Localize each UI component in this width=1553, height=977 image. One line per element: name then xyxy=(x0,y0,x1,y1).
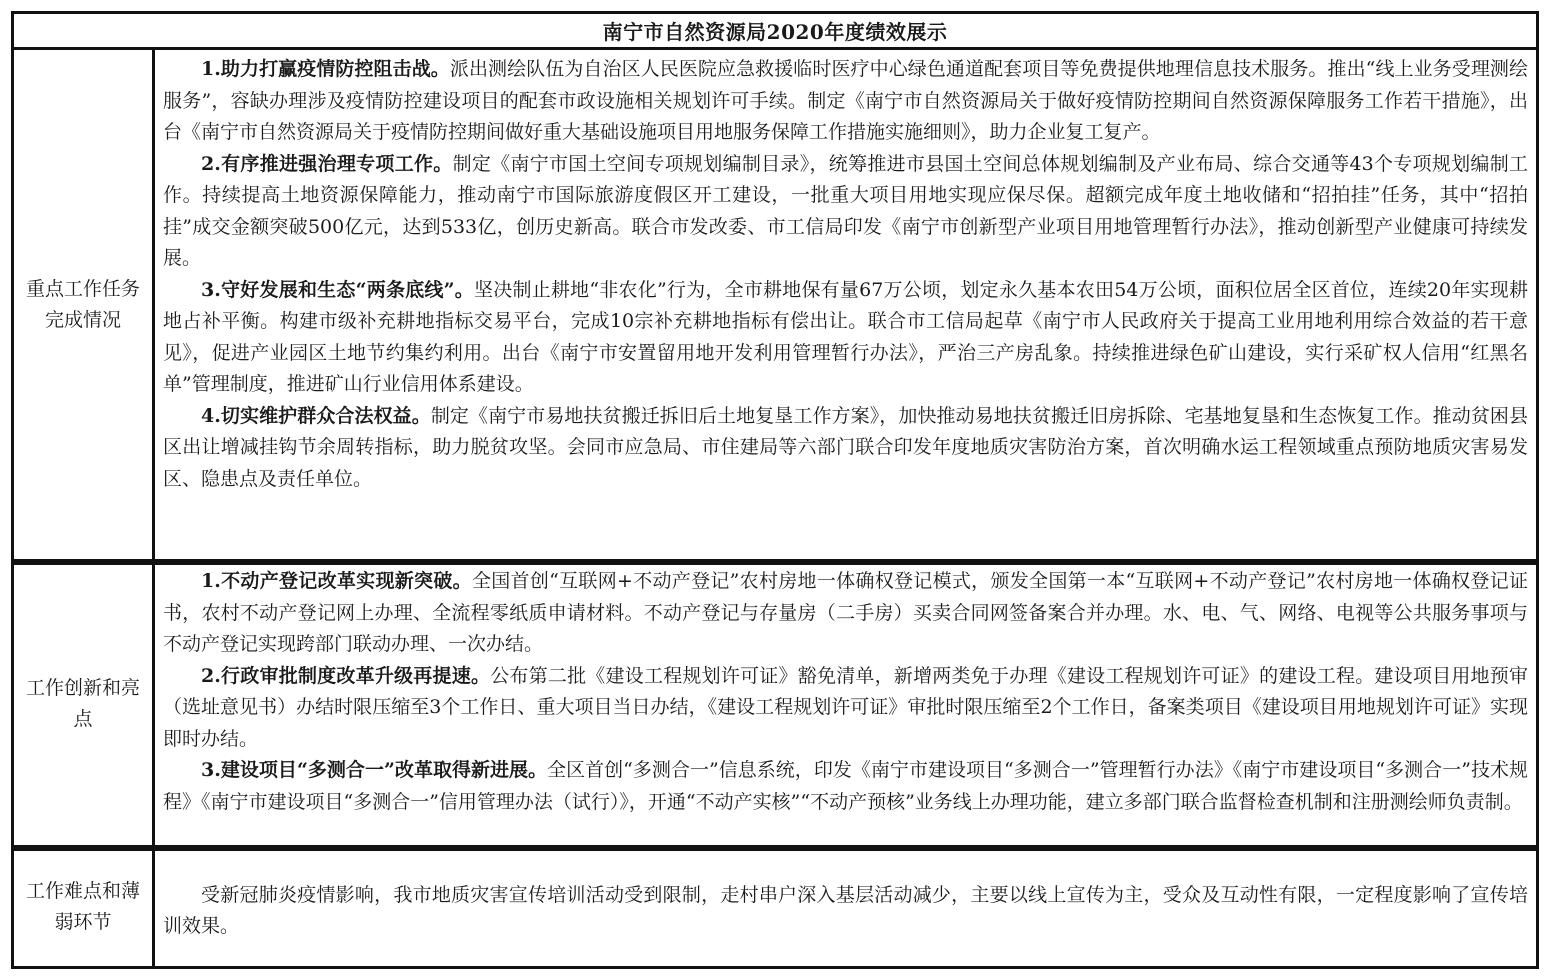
section-key-tasks: 重点工作任务完成情况 1.助力打赢疫情防控阻击战。派出测绘队伍为自治区人民医院应… xyxy=(14,50,1536,562)
paragraph: 受新冠肺炎疫情影响，我市地质灾害宣传培训活动受到限制，走村串户深入基层活动减少，… xyxy=(163,880,1528,943)
paragraph-heading: 3.建设项目“多测合一”改革取得新进展。 xyxy=(201,759,547,781)
paragraph-heading: 1.助力打赢疫情防控阻击战。 xyxy=(201,58,450,80)
paragraph: 2.有序推进强治理专项工作。制定《南宁市国土空间专项规划编制目录》，统筹推进市县… xyxy=(163,149,1528,275)
section-difficulties: 工作难点和薄弱环节 受新冠肺炎疫情影响，我市地质灾害宣传培训活动受到限制，走村串… xyxy=(14,848,1536,966)
paragraph-heading: 1.不动产登记改革实现新突破。 xyxy=(201,570,472,592)
paragraph: 1.助力打赢疫情防控阻击战。派出测绘队伍为自治区人民医院应急救援临时医疗中心绿色… xyxy=(163,54,1528,149)
paragraph-heading: 2.行政审批制度改革升级再提速。 xyxy=(201,665,490,687)
paragraph-heading: 2.有序推进强治理专项工作。 xyxy=(201,153,453,175)
performance-table: 南宁市自然资源局2020年度绩效展示 重点工作任务完成情况 1.助力打赢疫情防控… xyxy=(11,11,1539,969)
section-label: 重点工作任务完成情况 xyxy=(14,50,155,559)
section-content: 1.助力打赢疫情防控阻击战。派出测绘队伍为自治区人民医院应急救援临时医疗中心绿色… xyxy=(155,50,1536,559)
section-label: 工作创新和亮点 xyxy=(14,562,155,845)
paragraph-body: 受新冠肺炎疫情影响，我市地质灾害宣传培训活动受到限制，走村串户深入基层活动减少，… xyxy=(163,884,1528,938)
section-content: 1.不动产登记改革实现新突破。全国首创“互联网+不动产登记”农村房地一体确权登记… xyxy=(155,562,1536,845)
paragraph-heading: 3.守好发展和生态“两条底线”。 xyxy=(201,279,474,301)
section-label: 工作难点和薄弱环节 xyxy=(14,848,155,966)
paragraph: 2.行政审批制度改革升级再提速。公布第二批《建设工程规划许可证》豁免清单，新增两… xyxy=(163,661,1528,756)
paragraph: 3.建设项目“多测合一”改革取得新进展。全区首创“多测合一”信息系统，印发《南宁… xyxy=(163,755,1528,818)
section-innovations: 工作创新和亮点 1.不动产登记改革实现新突破。全国首创“互联网+不动产登记”农村… xyxy=(14,562,1536,848)
section-content: 受新冠肺炎疫情影响，我市地质灾害宣传培训活动受到限制，走村串户深入基层活动减少，… xyxy=(155,848,1536,966)
document-title: 南宁市自然资源局2020年度绩效展示 xyxy=(14,14,1536,50)
paragraph: 4.切实维护群众合法权益。制定《南宁市易地扶贫搬迁拆旧后土地复垦工作方案》，加快… xyxy=(163,401,1528,496)
paragraph: 3.守好发展和生态“两条底线”。坚决制止耕地“非农化”行为，全市耕地保有量67万… xyxy=(163,275,1528,401)
paragraph-heading: 4.切实维护群众合法权益。 xyxy=(201,405,431,427)
paragraph: 1.不动产登记改革实现新突破。全国首创“互联网+不动产登记”农村房地一体确权登记… xyxy=(163,566,1528,661)
